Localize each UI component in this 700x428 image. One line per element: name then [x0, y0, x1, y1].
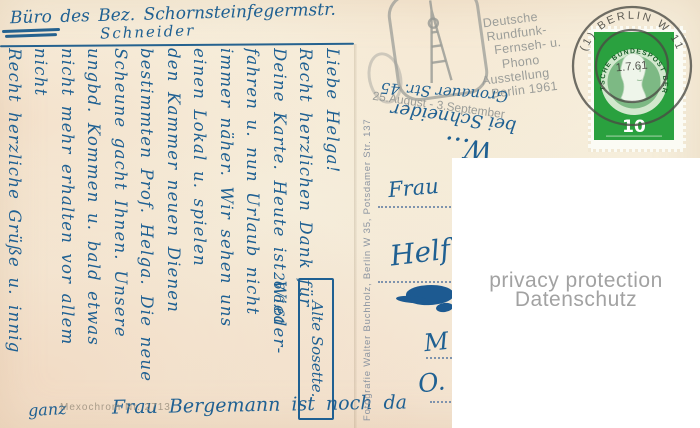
privacy-overlay: privacy protection Datenschutz — [452, 158, 700, 428]
top-note-line2: Schneider — [100, 21, 196, 42]
svg-text:(1) BERLIN W 11: (1) BERLIN W 11 — [578, 10, 686, 53]
ink-horizontal-rule — [0, 43, 354, 47]
cds-date: 1.7.61 — [615, 60, 648, 75]
address-dotted-line-1 — [378, 206, 454, 208]
address-name-scribbled: Helf — [388, 232, 452, 272]
date-note: 26.6.61 — [266, 272, 286, 352]
ink-double-underline-1 — [2, 28, 60, 33]
address-initial-o: O. — [416, 366, 447, 398]
address-initial-m: M — [423, 327, 450, 357]
postcard-scan: Büro des Bez. Schornsteinfegermstr. Schn… — [0, 0, 700, 428]
series-imprint: Mexochrom Nr. 2713 — [60, 402, 171, 413]
sender-note-upside-down: W... bei Schneider Gronauer Str. 45 — [364, 46, 531, 170]
address-dotted-line-3 — [426, 357, 452, 359]
message-body: Liebe Helga! Recht herzlichen Dank für D… — [0, 48, 345, 398]
privacy-text-de: Datenschutz — [452, 290, 700, 309]
circular-date-stamp: (1) BERLIN W 11 1.7.61 — [560, 0, 700, 138]
address-salutation: Frau — [387, 174, 440, 202]
ink-double-underline-2 — [5, 33, 57, 37]
address-dotted-line-4 — [430, 401, 454, 403]
ink-scribble-blob — [435, 302, 453, 313]
cds-ring-text: (1) BERLIN W 11 — [578, 10, 686, 53]
divider-crease — [354, 44, 357, 428]
address-dotted-line-2 — [378, 281, 454, 283]
